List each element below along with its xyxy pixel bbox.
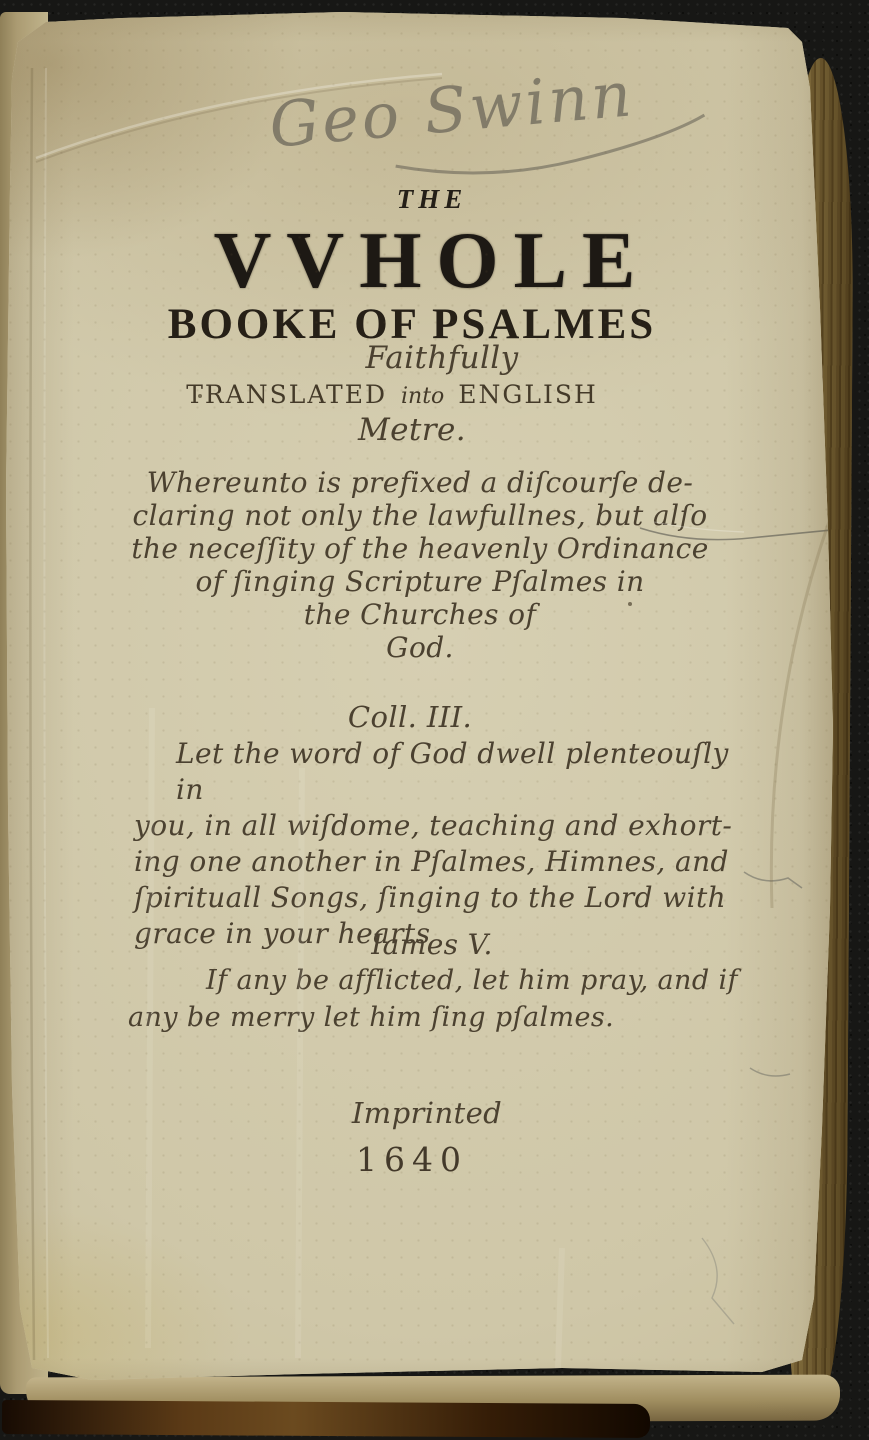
scratch-bottom-right [702,1238,734,1324]
title-page: Geo Swinn THE VVHOLE BOOKE OF PSALMES Fa… [2,8,836,1404]
word-english: ENGLISH [458,380,598,409]
handwritten-signature: Geo Swinn [242,50,732,190]
scuff-mark-2 [750,1068,790,1076]
title-faithfully: Faithfully [112,340,772,376]
title-whole: VVHOLE [92,216,772,307]
imprint-year: 1640 [82,1140,742,1179]
photograph-canvas: Geo Swinn THE VVHOLE BOOKE OF PSALMES Fa… [0,0,869,1440]
colossians-line: Let the word of God dwell plenteouſly in [134,736,734,808]
signature-text: Geo Swinn [266,57,636,162]
preface-paragraph: Whereunto is prefixed a diſcourſe de-cla… [120,466,720,664]
james-line: any be merry let him ſing pſalmes. [128,999,748,1036]
title-metre: Metre. [82,412,742,448]
ink-dot [628,602,632,606]
colossians-line: ing one another in Pſalmes, Himnes, and [134,844,734,880]
gutter-fold-line [30,68,34,1360]
colossians-quote: Let the word of God dwell plenteouſly in… [134,736,734,952]
title-translated-line: TRANSLATEDintoENGLISH [42,380,742,409]
james-quote: If any be afflicted, let him pray, and i… [128,962,748,1036]
colossians-heading: Coll. III. [110,700,710,734]
ink-dot [198,394,202,398]
chain-line-3 [558,1248,562,1368]
gutter-fold-highlight [44,68,48,1358]
signature-svg: Geo Swinn [242,50,732,190]
james-line: If any be afflicted, let him pray, and i… [128,962,748,999]
word-translated: TRANSLATED [186,380,387,409]
colossians-line: you, in all wiſdome, teaching and exhort… [134,808,734,844]
colossians-line: ſpirituall Songs, ſinging to the Lord wi… [134,880,734,916]
preface-line: God. [120,631,720,664]
title-the: THE [92,184,772,215]
imprint-word: Imprinted [97,1096,757,1130]
preface-line: of ſinging Scripture Pſalmes in [120,565,720,598]
preface-line: claring not only the lawfullnes, but alſ… [120,499,720,532]
preface-line: the neceſſity of the heavenly Ordinance [120,532,720,565]
james-heading: Iames V. [122,928,742,961]
scuff-mark-1 [744,872,802,888]
leather-cover-edge [2,1400,650,1438]
word-into: into [401,384,444,409]
preface-line: Whereunto is prefixed a diſcourſe de- [120,466,720,499]
